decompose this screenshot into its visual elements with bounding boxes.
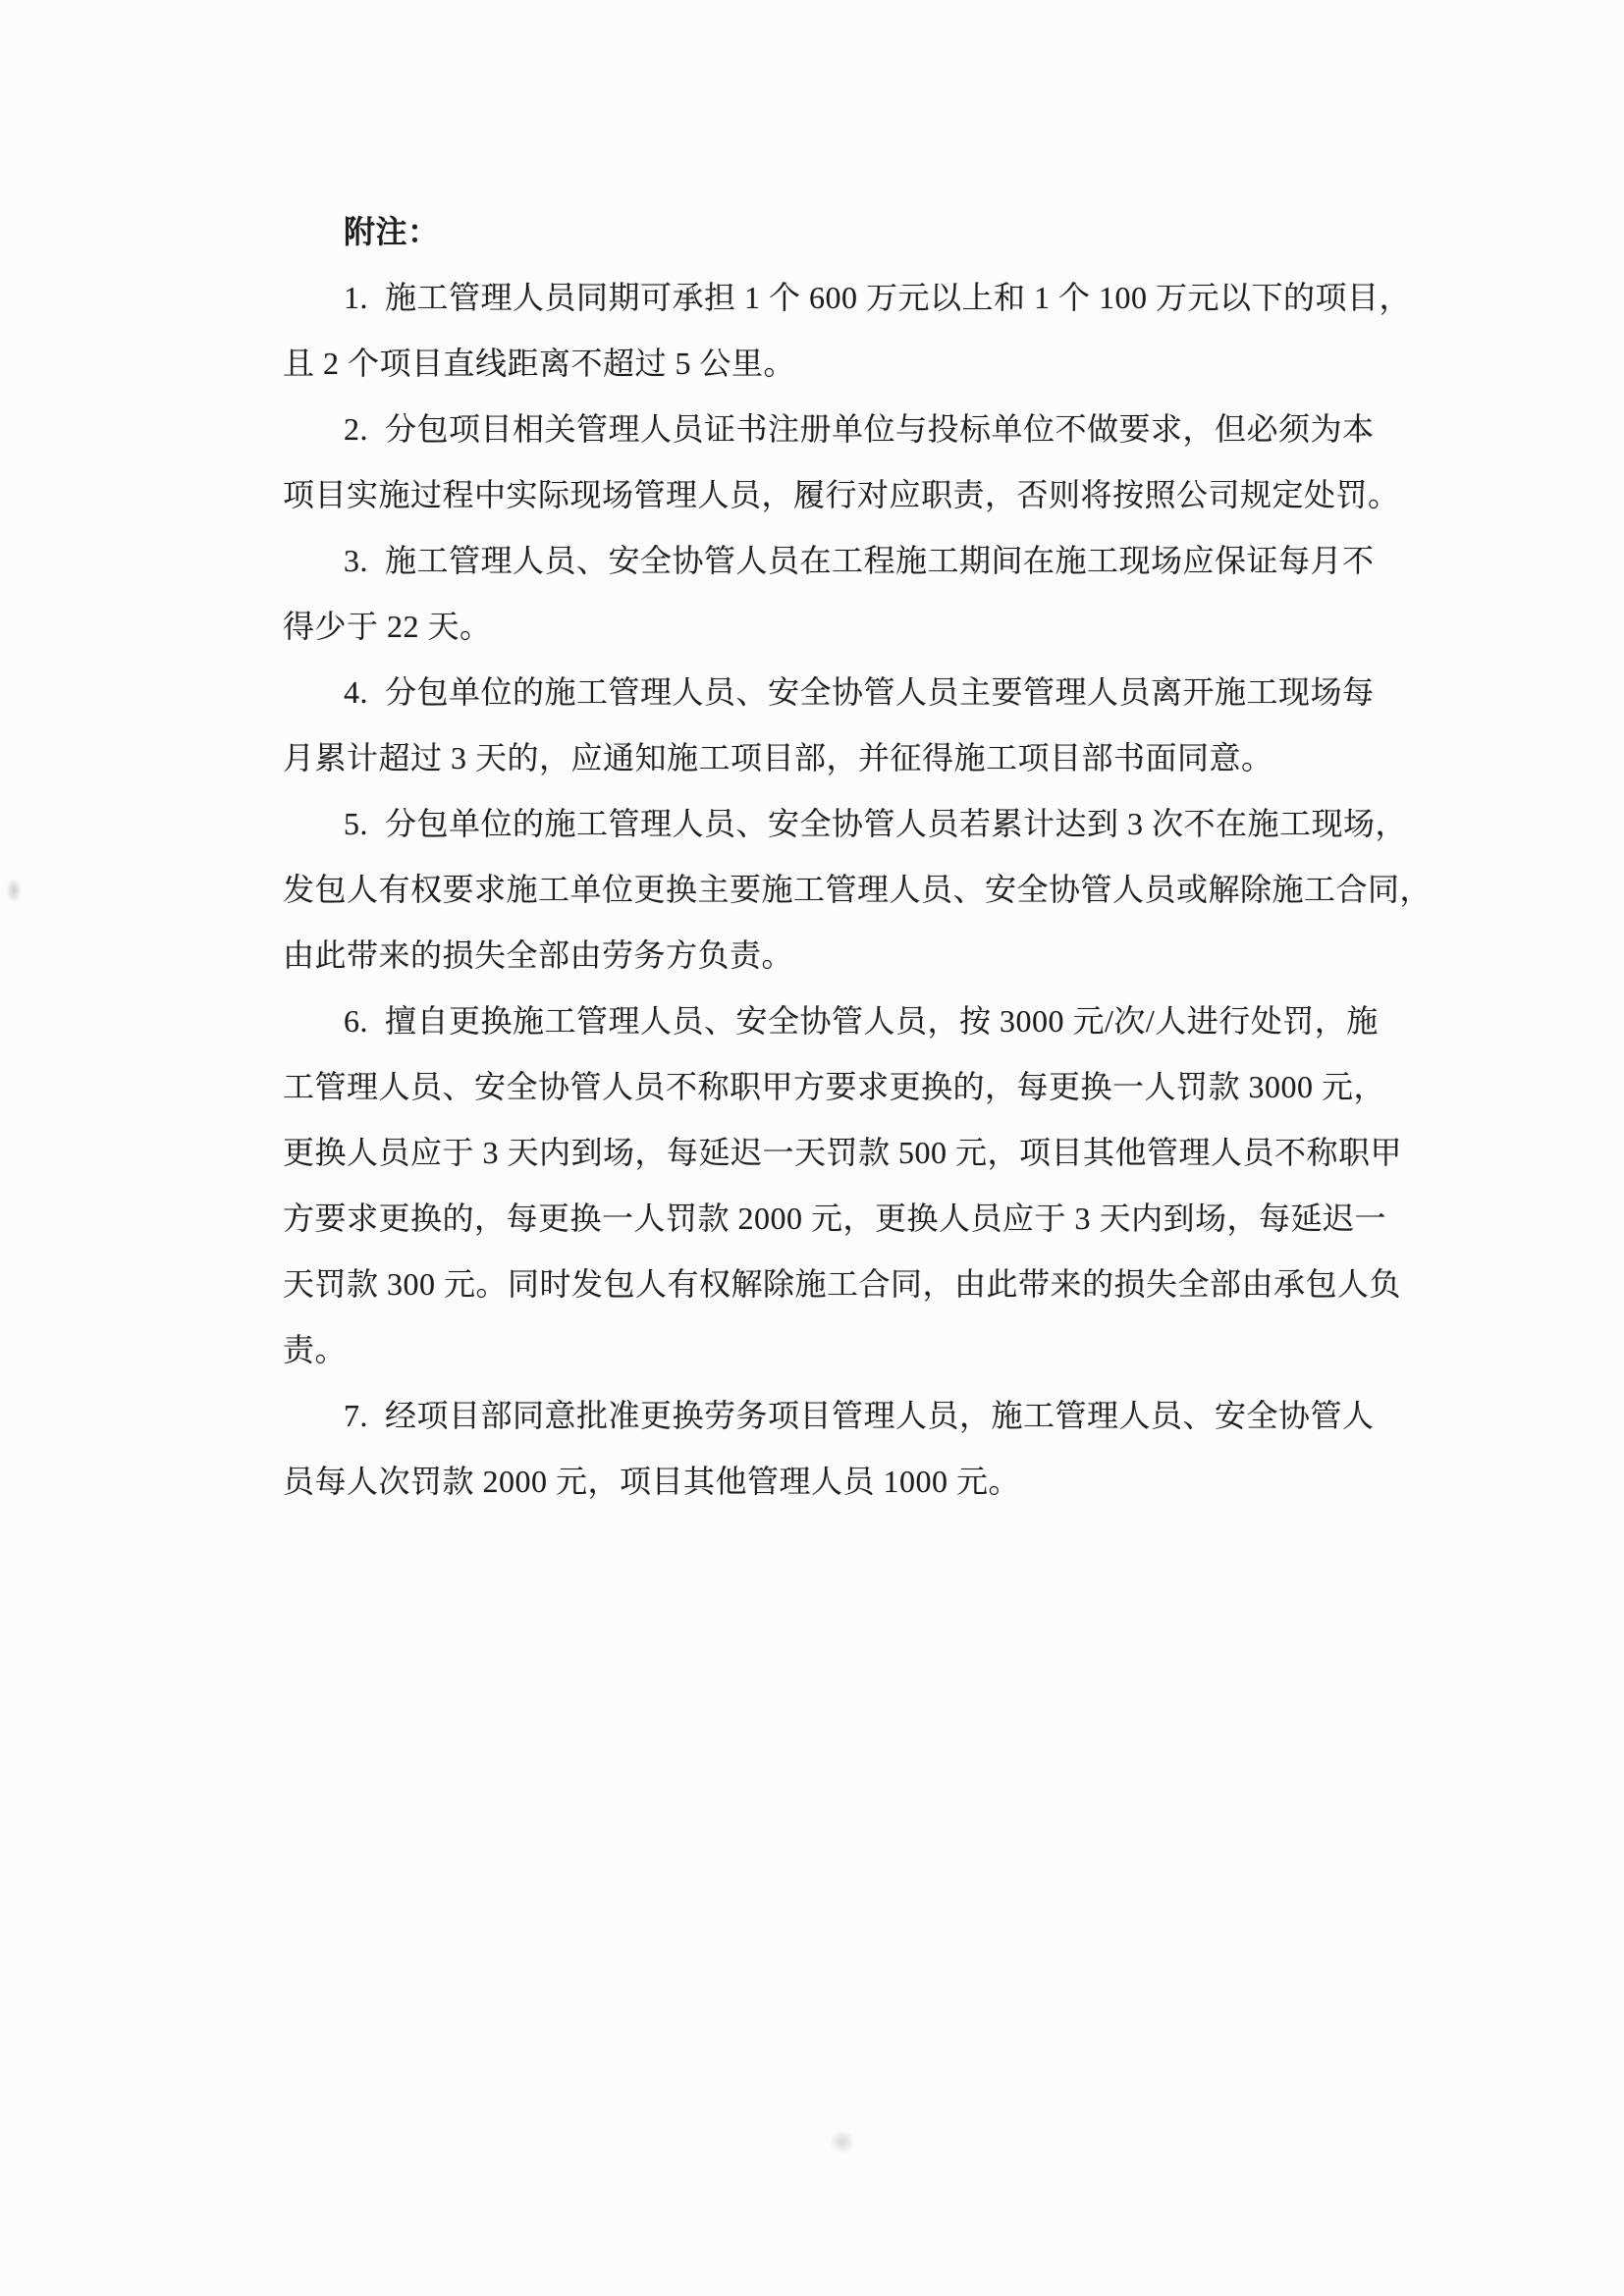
scan-artifact-speck <box>6 878 22 903</box>
note-4-line-2: 月累计超过 3 天的，应通知施工项目部，并征得施工项目部书面同意。 <box>283 725 1412 791</box>
note-4-line-1: 4. 分包单位的施工管理人员、安全协管人员主要管理人员离开施工现场每 <box>283 660 1412 725</box>
note-6-line-5: 天罚款 300 元。同时发包人有权解除施工合同，由此带来的损失全部由承包人负 <box>283 1252 1412 1317</box>
note-1-line-1: 1. 施工管理人员同期可承担 1 个 600 万元以上和 1 个 100 万元以… <box>283 265 1412 331</box>
note-5-line-3: 由此带来的损失全部由劳务方负责。 <box>283 923 1412 988</box>
note-6-line-1: 6. 擅自更换施工管理人员、安全协管人员，按 3000 元/次/人进行处罚，施 <box>283 988 1412 1054</box>
note-3-line-2: 得少于 22 天。 <box>283 594 1412 660</box>
document-page: 附注： 1. 施工管理人员同期可承担 1 个 600 万元以上和 1 个 100… <box>0 0 1624 2296</box>
note-2-line-1: 2. 分包项目相关管理人员证书注册单位与投标单位不做要求，但必须为本 <box>283 397 1412 462</box>
note-1-line-2: 且 2 个项目直线距离不超过 5 公里。 <box>283 331 1412 397</box>
note-7-line-1: 7. 经项目部同意批准更换劳务项目管理人员，施工管理人员、安全协管人 <box>283 1383 1412 1449</box>
note-5-line-1: 5. 分包单位的施工管理人员、安全协管人员若累计达到 3 次不在施工现场， <box>283 791 1412 857</box>
note-6-line-6: 责。 <box>283 1317 1412 1383</box>
note-6-line-4: 方要求更换的，每更换一人罚款 2000 元，更换人员应于 3 天内到场，每延迟一 <box>283 1186 1412 1252</box>
notes-text-block: 附注： 1. 施工管理人员同期可承担 1 个 600 万元以上和 1 个 100… <box>283 199 1412 1515</box>
note-3-line-1: 3. 施工管理人员、安全协管人员在工程施工期间在施工现场应保证每月不 <box>283 528 1412 594</box>
note-7-line-2: 员每人次罚款 2000 元，项目其他管理人员 1000 元。 <box>283 1449 1412 1515</box>
note-5-line-2: 发包人有权要求施工单位更换主要施工管理人员、安全协管人员或解除施工合同， <box>283 857 1412 923</box>
note-2-line-2: 项目实施过程中实际现场管理人员，履行对应职责，否则将按照公司规定处罚。 <box>283 462 1412 528</box>
scan-artifact-speck <box>830 2130 855 2154</box>
notes-heading: 附注： <box>283 199 1412 265</box>
note-6-line-2: 工管理人员、安全协管人员不称职甲方要求更换的，每更换一人罚款 3000 元， <box>283 1054 1412 1120</box>
note-6-line-3: 更换人员应于 3 天内到场，每延迟一天罚款 500 元，项目其他管理人员不称职甲 <box>283 1120 1412 1186</box>
